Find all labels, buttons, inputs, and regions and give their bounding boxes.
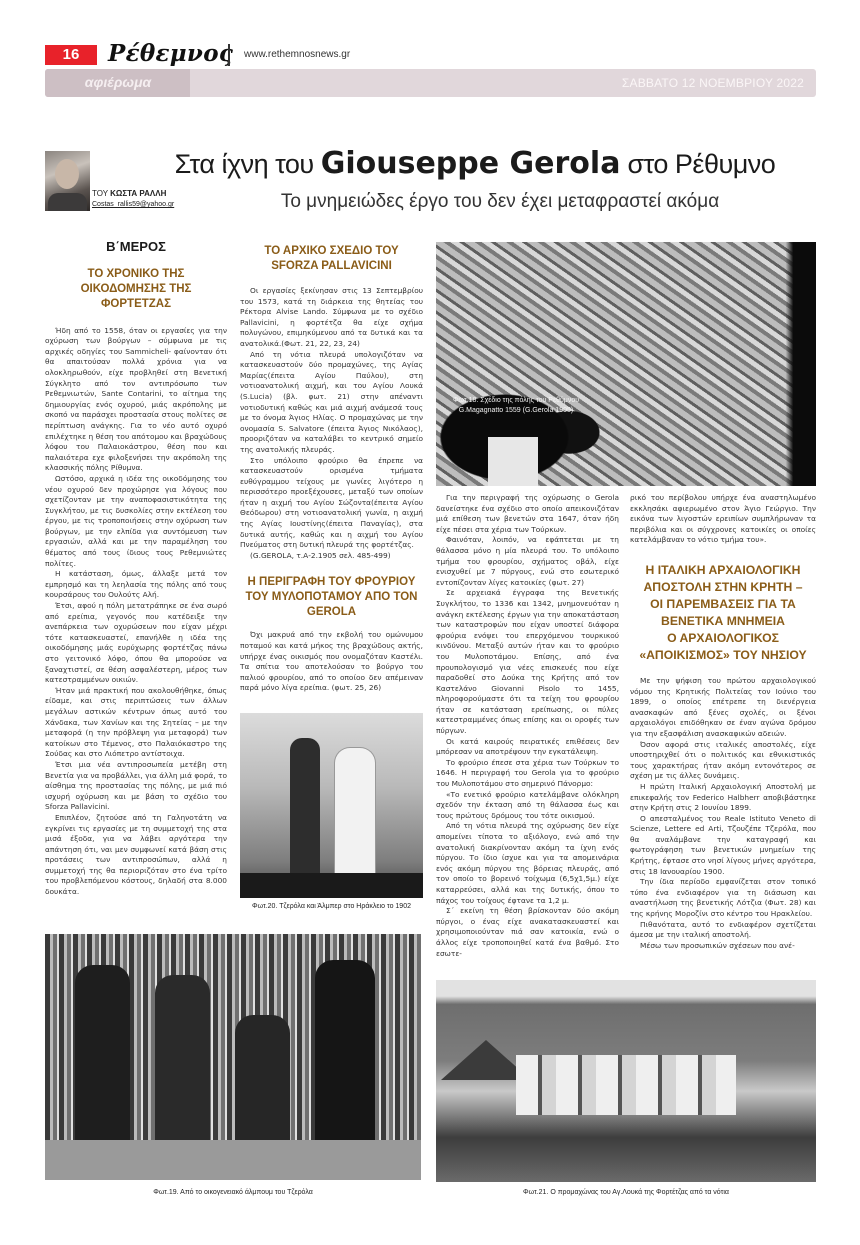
heading-line: ΑΠΟΣΤΟΛΗ ΣΤΗΝ ΚΡΗΤΗ – [630, 579, 816, 596]
quote-paragraph: «Το ενετικό φρούριο κατελάμβανε ολόκληρη… [436, 790, 619, 822]
section-heading: Η ΙΤΑΛΙΚΗ ΑΡΧΑΙΟΛΟΓΙΚΗ ΑΠΟΣΤΟΛΗ ΣΤΗΝ ΚΡΗ… [630, 562, 816, 664]
heading-line: «ΑΠΟΙΚΙΣΜΟΣ» ΤΟΥ ΝΗΣΙΟΥ [630, 647, 816, 664]
author-byline: ΤΟΥ ΚΩΣΤΑ ΡΑΛΛΗ [92, 189, 166, 198]
photo-map-rethymno [436, 242, 816, 486]
paragraph: Πιθανότατα, αυτό το ενδιαφέρον σχετίζετα… [630, 920, 816, 941]
citation: (G.GEROLA, τ.Α-2.1905 σελ. 485-499) [240, 551, 423, 562]
map-caption-line-1: Φωτ.18. Σχέδιο της πόλης του Ρεθύμνου [441, 396, 591, 406]
paragraph: Σ΄ εκείνη τη θέση βρίσκονταν δύο ακόμη π… [436, 906, 619, 959]
section-label: αφιέρωμα [58, 74, 178, 90]
paragraph: Την ίδια περίοδο εμφανίζεται στον τοπικό… [630, 877, 816, 919]
title-pre: Στα ίχνη του [175, 149, 321, 179]
column-3: Για την περιγραφή της οχύρωσης ο Gerola … [436, 493, 619, 959]
title-bold: Giouseppe Gerola [321, 146, 621, 181]
heading-line: Ο ΑΡΧΑΙΟΛΟΓΙΚΟΣ [630, 630, 816, 647]
paragraph: Ωστόσο, αρχικά η ιδέα της οικοδόμησης το… [45, 474, 227, 569]
paragraph: Έτσι μια νέα αντιπροσωπεία μετέβη στη Βε… [45, 760, 227, 813]
issue-date: ΣΑΒΒΑΤΟ 12 ΝΟΕΜΒΡΙΟΥ 2022 [622, 76, 804, 90]
paragraph: Σε αρχειακά έγγραφα της Βενετικής Συγκλή… [436, 588, 619, 736]
article-title: Στα ίχνη του Giouseppe Gerola στο Ρέθυμν… [130, 146, 820, 181]
column-2: ΤΟ ΑΡΧΙΚΟ ΣΧΕΔΙΟ ΤΟΥ SFORZA PALLAVICINI … [240, 244, 423, 694]
map-caption-line-2: G.Magagnatto 1559 (G.Gerola 1905) [441, 406, 591, 416]
paragraph: Το φρούριο έπεσε στα χέρια των Τούρκων τ… [436, 758, 619, 790]
photo-caption: Φωτ.19. Από το οικογενειακό άλμπουμ του … [45, 1189, 421, 1196]
paragraph: ρικό του περίβολου υπήρχε ένα αναστηλωμέ… [630, 493, 816, 546]
paragraph: Οι κατά καιρούς πειρατικές επιθέσεις δεν… [436, 737, 619, 758]
paragraph: Από τη νότια πλευρά υπολογιζόταν να κατα… [240, 350, 423, 456]
paragraph: Ο απεσταλμένος του Reale Istituto Veneto… [630, 814, 816, 878]
photo-caption: Φωτ.20. Τζερόλα και Άλμπερ στο Ηράκλειο … [240, 903, 423, 910]
paragraph: Επιπλέον, ζητούσε από τη Γαληνοτάτη να ε… [45, 813, 227, 898]
paragraph: Στο υπόλοιπο φρούριο θα έπρεπε να κατασκ… [240, 456, 423, 551]
paragraph: Ήταν μιά πρακτική που ακολουθήθηκε, όπως… [45, 686, 227, 760]
paragraph: Η πρώτη Ιταλική Αρχαιολογική Αποστολή με… [630, 782, 816, 814]
paragraph: Μέσω των προσωπικών σχέσεων που ανέ- [630, 941, 816, 952]
paragraph: Από τη νότια πλευρά της οχύρωσης δεν είχ… [436, 821, 619, 906]
byline-prefix: ΤΟΥ [92, 189, 110, 198]
author-photo [45, 151, 90, 211]
article-subtitle: Το μνημειώδες έργο του δεν έχει μεταφρασ… [180, 191, 820, 213]
part-label: Β΄ΜΕΡΟΣ [45, 242, 227, 253]
paragraph: Φαινόταν, λοιπόν, να εφάπτεται με τη θάλ… [436, 535, 619, 588]
paragraph: Όχι μακρυά από την εκβολή του ομώνυμου π… [240, 630, 423, 694]
masthead-divider [228, 44, 230, 66]
paragraph: Ήδη από το 1558, όταν οι εργασίες για τη… [45, 326, 227, 474]
photo-gerola-halbherr [240, 713, 423, 898]
section-heading: Η ΠΕΡΙΓΡΑΦΗ ΤΟΥ ΦΡΟΥΡΙΟΥ ΤΟΥ ΜΥΛΟΠΟΤΑΜΟΥ… [240, 575, 423, 620]
heading-line: ΟΙ ΠΑΡΕΜΒΑΣΕΙΣ ΓΙΑ ΤΑ [630, 596, 816, 613]
map-caption: Φωτ.18. Σχέδιο της πόλης του Ρεθύμνου G.… [441, 396, 591, 416]
heading-line: ΒΕΝΕΤΙΚΑ ΜΝΗΜΕΙΑ [630, 613, 816, 630]
paragraph: Για την περιγραφή της οχύρωσης ο Gerola … [436, 493, 619, 535]
author-name: ΚΩΣΤΑ ΡΑΛΛΗ [110, 189, 166, 198]
photo-family-album [45, 934, 421, 1180]
paragraph: Έτσι, αφού η πόλη μετατράπηκε σε ένα σωρ… [45, 601, 227, 686]
paragraph: Όσον αφορά στις ιταλικές αποστολές, είχε… [630, 740, 816, 782]
site-url[interactable]: www.rethemnosnews.gr [244, 49, 350, 60]
photo-bastion-agios-loukas [436, 980, 816, 1182]
photo-caption: Φωτ.21. Ο προμαχώνας του Αγ.Λουκά της Φο… [436, 1189, 816, 1196]
column-1: Β΄ΜΕΡΟΣ ΤΟ ΧΡΟΝΙΚΟ ΤΗΣ ΟΙΚΟΔΟΜΗΣΗΣ ΤΗΣ Φ… [45, 242, 227, 898]
page-number: 16 [45, 45, 97, 65]
column-4: ρικό του περίβολου υπήρχε ένα αναστηλωμέ… [630, 493, 816, 951]
title-post: στο Ρέθυμνο [620, 149, 775, 179]
paragraph: Η κατάσταση, όμως, άλλαξε μετά τον εμπρη… [45, 569, 227, 601]
section-heading: ΤΟ ΧΡΟΝΙΚΟ ΤΗΣ ΟΙΚΟΔΟΜΗΣΗΣ ΤΗΣ ΦΟΡΤΕΤΖΑΣ [45, 267, 227, 312]
author-email[interactable]: Costas_rallis59@yahoo.gr [92, 201, 174, 208]
paragraph: Οι εργασίες ξεκίνησαν στις 13 Σεπτεμβρίο… [240, 286, 423, 350]
paragraph: Με την ψήφιση του πρώτου αρχαιολογικού ν… [630, 676, 816, 740]
newspaper-logo: Ρέθεμνος [108, 40, 233, 67]
section-heading: ΤΟ ΑΡΧΙΚΟ ΣΧΕΔΙΟ ΤΟΥ SFORZA PALLAVICINI [240, 244, 423, 274]
heading-line: Η ΙΤΑΛΙΚΗ ΑΡΧΑΙΟΛΟΓΙΚΗ [630, 562, 816, 579]
